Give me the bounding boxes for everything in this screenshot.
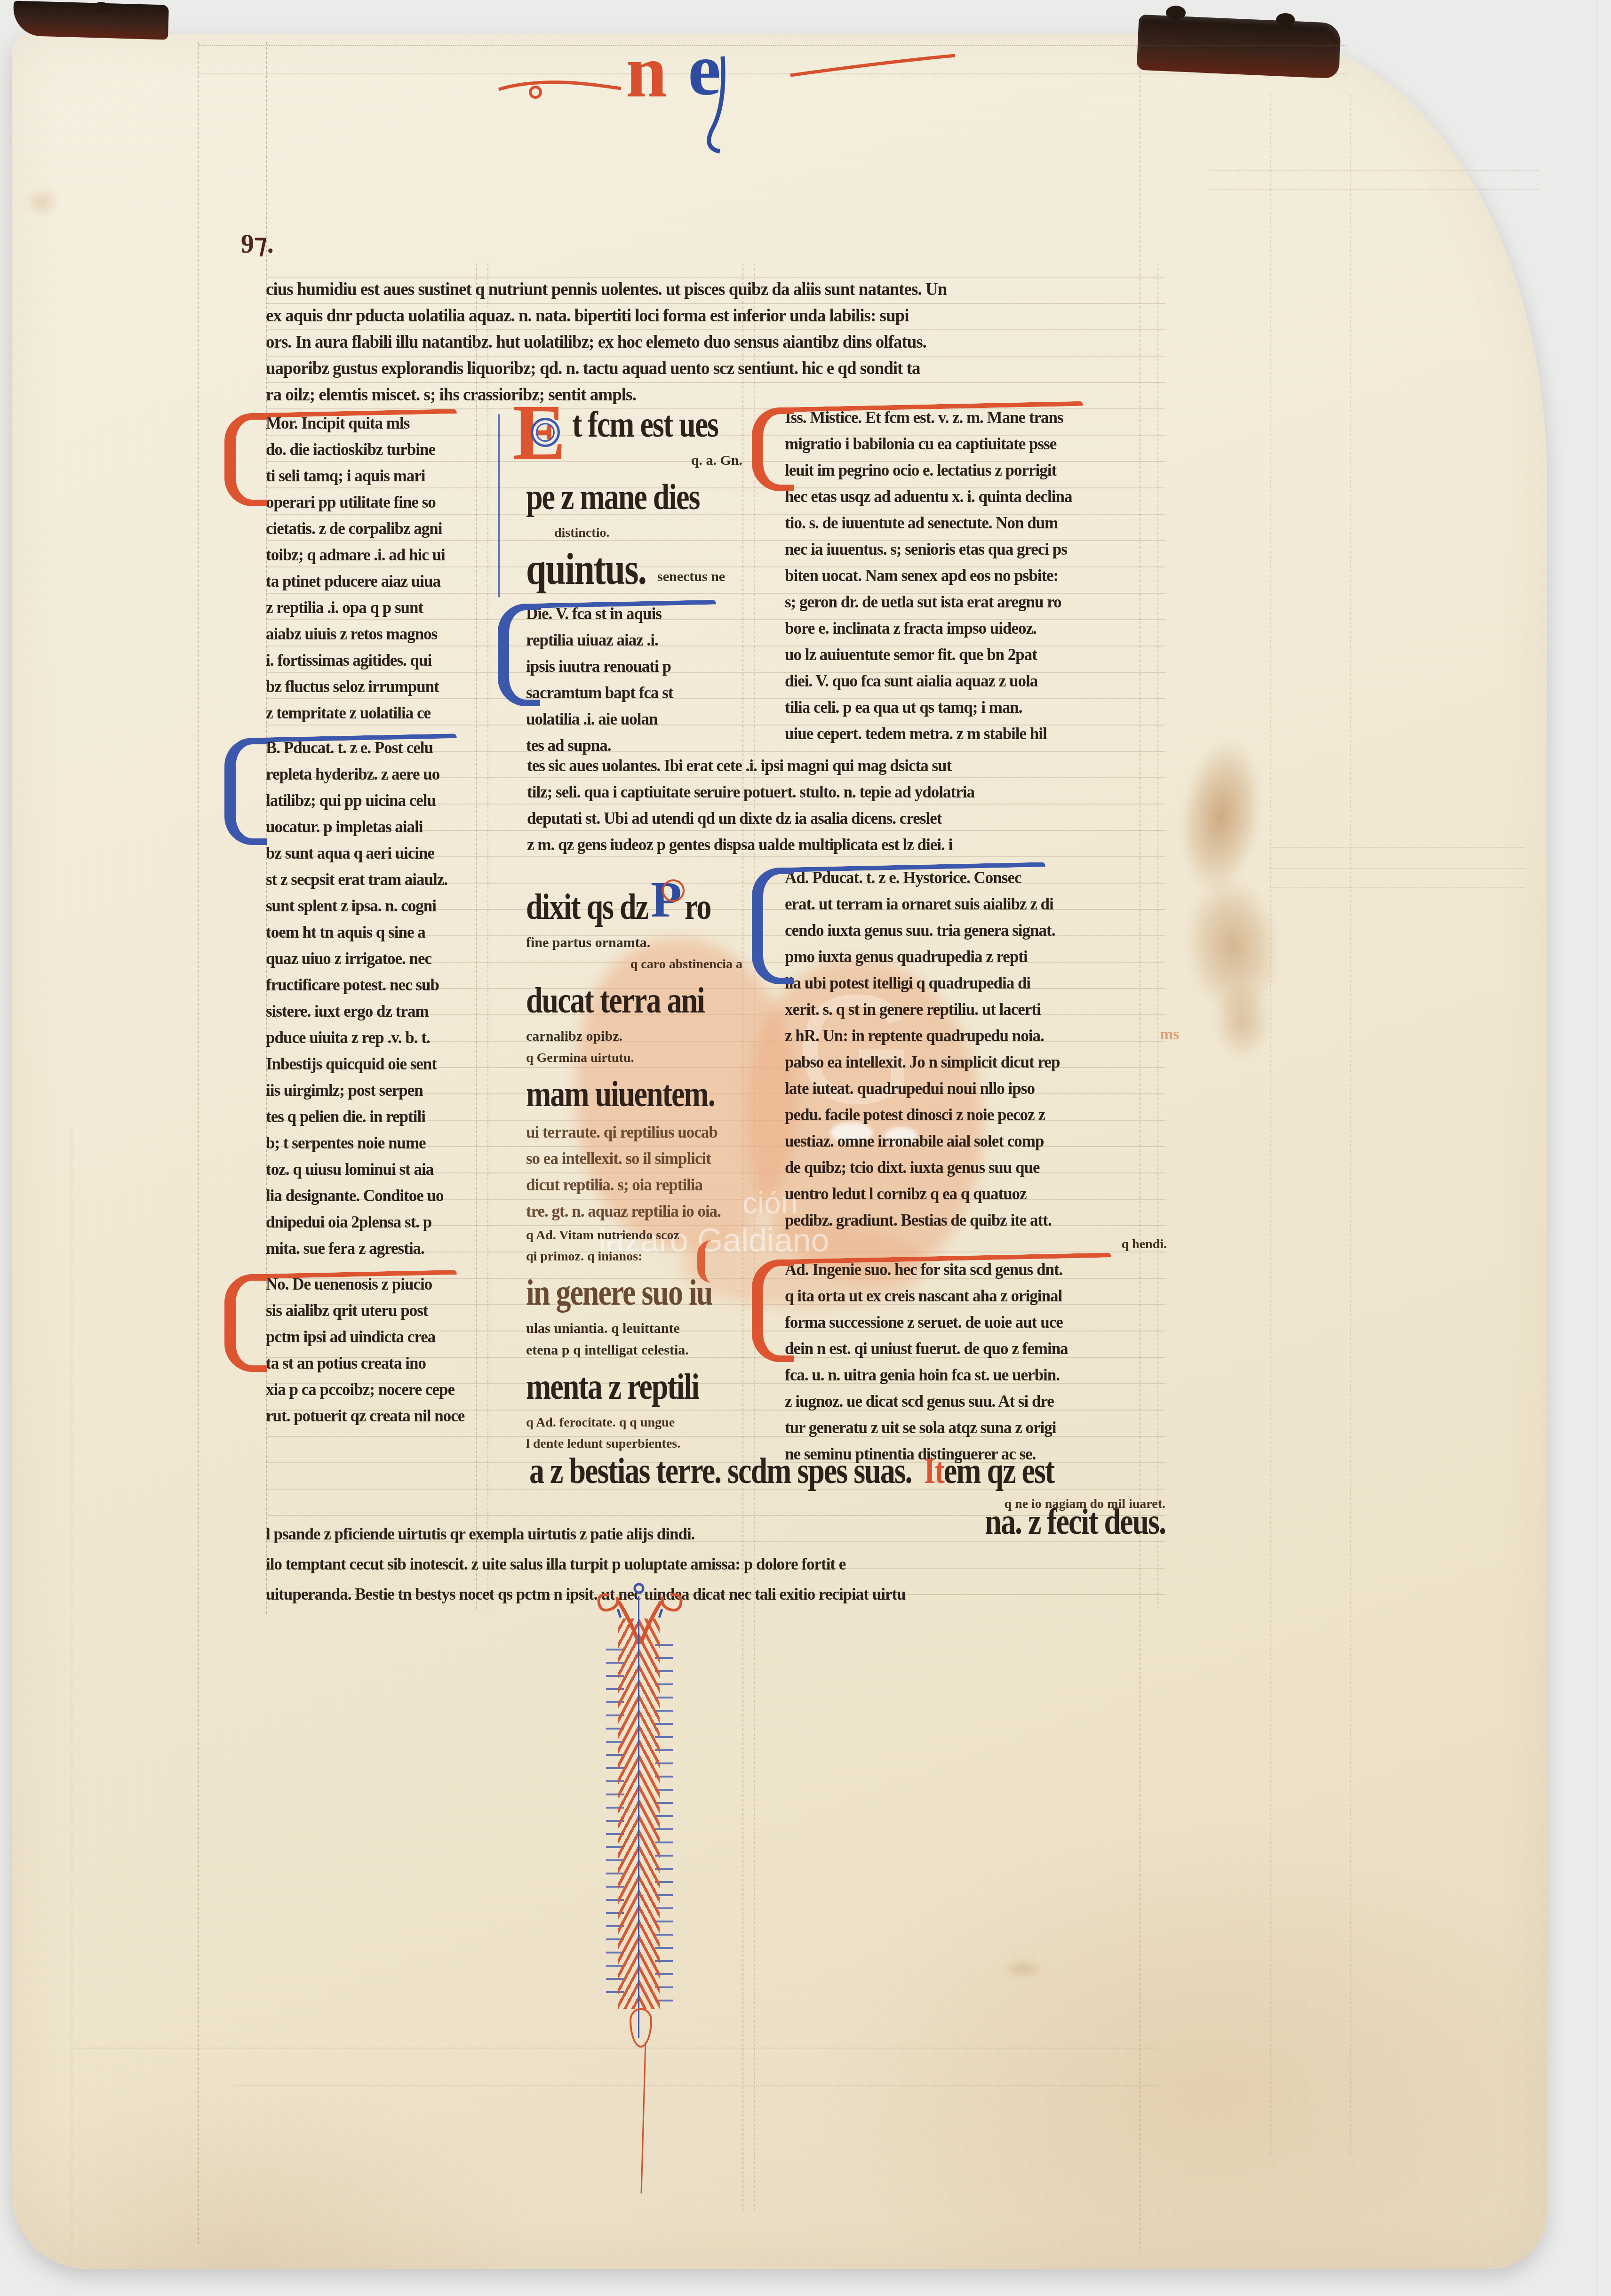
text-line: bz fluctus seloz irrumpunt bbox=[266, 674, 477, 700]
text-line: de quibz; tcio dixt. iuxta genus suu que bbox=[785, 1155, 1167, 1181]
stain bbox=[1002, 1960, 1045, 1978]
text-line: bz sunt aqua q aeri uicine bbox=[266, 840, 477, 867]
text-line: nec ia iuuentus. s; senioris etas qua gr… bbox=[785, 536, 1167, 563]
text-line: toem ht tn aquis q sine a bbox=[266, 919, 477, 946]
text-line: pabso ea intellexit. Jo n simplicit dicu… bbox=[785, 1049, 1167, 1076]
text-line: uentro ledut l cornibz q ea q quatuoz bbox=[785, 1181, 1167, 1207]
text-line: biten uocat. Nam senex apd eos no psbite… bbox=[785, 563, 1167, 589]
text-line: s; geron dr. de uetla sut ista erat areg… bbox=[785, 589, 1167, 615]
text-line: aiabz uiuis z retos magnos bbox=[266, 621, 477, 647]
text-line: tilia celi. p ea qua ut qs tamq; i man. bbox=[785, 694, 1167, 721]
text-line: sacramtum bapt fca st bbox=[526, 680, 742, 706]
text-line: i. fortissimas agitides. qui bbox=[266, 647, 477, 674]
initial-P-blue: P bbox=[648, 871, 685, 929]
text-line: rut. potuerit qz creata nil noce bbox=[266, 1403, 477, 1429]
paraph-bracket-blue bbox=[752, 868, 794, 984]
flourish-chevrons-right bbox=[639, 1618, 660, 2009]
column-rule bbox=[487, 263, 488, 1609]
text-paragraph: Ad. Ingenie suo. hec for sita scd genus … bbox=[785, 1257, 1167, 1467]
text-line: sistere. iuxt ergo dz tram bbox=[266, 998, 477, 1025]
flourish-spine bbox=[638, 1596, 639, 2038]
margin-note: ms bbox=[1160, 1026, 1180, 1044]
margin-rule-h bbox=[1270, 887, 1524, 888]
stain bbox=[1214, 983, 1270, 1059]
text-line: tio. s. de iuuentute ad senectute. Non d… bbox=[785, 510, 1167, 536]
display-line: dixit qs dz bbox=[526, 876, 648, 938]
text-line: dein n est. qi uniust fuerut. de quo z f… bbox=[785, 1336, 1167, 1362]
binding-nail bbox=[1166, 6, 1186, 20]
text-line: uestiaz. omne irronabile aial solet comp bbox=[785, 1128, 1167, 1155]
text-line: uo lz auiuentute semor fit. que bn 2pat bbox=[785, 642, 1167, 668]
binding-strip-right bbox=[1137, 15, 1341, 79]
text-line: reptilia uiuaz aiaz .i. bbox=[526, 627, 742, 654]
gloss-line: senectus ne bbox=[657, 566, 725, 588]
paraph-bracket-red bbox=[752, 1260, 794, 1362]
text-line: quaz uiuo z irrigatoe. nec bbox=[266, 946, 477, 972]
text-line: dnipedui oia 2plensa st. p bbox=[266, 1209, 477, 1236]
text-line: diei. V. quo fca sunt aialia aquaz z uol… bbox=[785, 668, 1167, 694]
backdrop-seam bbox=[1596, 0, 1597, 2296]
stain bbox=[26, 188, 59, 216]
text-line: uiue cepert. tedem metra. z m stabile hi… bbox=[785, 721, 1167, 747]
text-paragraph: Ad. Pducat. t. z e. Hystorice. Consecera… bbox=[785, 865, 1167, 1234]
display-row: quintus. senectus ne bbox=[526, 543, 742, 594]
text-line: migratio i babilonia cu ea captiuitate p… bbox=[785, 431, 1167, 457]
text-line: z reptilia .i. opa q p sunt bbox=[266, 595, 477, 621]
display-line: menta z reptili bbox=[526, 1355, 742, 1418]
text-paragraph: Mor. Incipit quita mlsdo. die iactioskib… bbox=[266, 410, 477, 726]
paraph-mark-red bbox=[697, 1240, 724, 1283]
text-line: b; t serpentes noie nume bbox=[266, 1130, 477, 1156]
display-row-dixit: dixit qs dz P ro bbox=[526, 871, 742, 932]
closing-display-row: a z bestias terre. scdm spes suas. It em… bbox=[266, 1445, 1165, 1496]
text-line: ex aquis dnr pducta uolatilia aquaz. n. … bbox=[266, 303, 1165, 329]
text-line: erat. ut terram ia ornaret suis aialibz … bbox=[785, 891, 1167, 917]
binding-strip-left bbox=[13, 0, 169, 40]
text-line: uaporibz gustus explorandis liquoribz; q… bbox=[266, 356, 1165, 382]
text-line: cendo iuxta genus suu. tria genera signa… bbox=[785, 917, 1167, 944]
display-line: ro bbox=[685, 876, 710, 938]
margin-rule bbox=[1350, 94, 1351, 2155]
text-line: forma successione z seruet. de uoie aut … bbox=[785, 1309, 1167, 1336]
margin-rule-h bbox=[1209, 170, 1539, 171]
text-line: uocatur. p impletas aiali bbox=[266, 814, 477, 840]
text-line: uolatilia .i. aie uolan bbox=[526, 706, 742, 733]
text-line: so ea intellexit. so il simplicit bbox=[526, 1146, 742, 1172]
text-line: cius humidiu est aues sustinet q nutriun… bbox=[266, 277, 1165, 303]
text-line: ors. In aura flabili illu natantibz. hut… bbox=[266, 329, 1165, 356]
initial-It-red: It bbox=[924, 1440, 944, 1502]
display-line: pe z mane dies bbox=[526, 466, 742, 528]
flourish-chevrons-left bbox=[618, 1618, 639, 2009]
text-line: fca. u. n. uitra genia hoin fca st. ue u… bbox=[785, 1362, 1167, 1388]
binding-nail bbox=[93, 2, 109, 13]
text-line: dicut reptilia. s; oia reptilia bbox=[526, 1172, 742, 1198]
text-line: pedu. facile potest dinosci z noie pecoz… bbox=[785, 1102, 1167, 1128]
intro-block: cius humidiu est aues sustinet q nutriun… bbox=[266, 277, 1165, 408]
margin-rule bbox=[1270, 94, 1271, 2155]
text-line: lia ubi potest itelligi q quadrupedia di bbox=[785, 970, 1167, 997]
binding-nail bbox=[1276, 13, 1295, 26]
margin-rule bbox=[72, 1129, 72, 2258]
text-line: iis uirgimlz; post serpen bbox=[266, 1077, 477, 1104]
text-line: toibz; q admare .i. ad hic ui bbox=[266, 542, 477, 568]
margin-rule bbox=[198, 42, 199, 2244]
text-line: repleta hyderibz. z aere uo bbox=[266, 761, 477, 788]
text-line: Inbestijs quicquid oie sent bbox=[266, 1051, 477, 1077]
margin-rule-h bbox=[1270, 847, 1524, 848]
text-line: pduce uiuita z rep .v. b. t. bbox=[266, 1025, 477, 1051]
text-line: st z secpsit erat tram aiaulz. bbox=[266, 867, 477, 893]
display-line: na. z fecit deus. bbox=[985, 1491, 1165, 1553]
paraph-bracket-blue bbox=[224, 738, 267, 845]
display-line: mam uiuentem. bbox=[526, 1063, 742, 1125]
text-paragraph: Die. V. fca st in aquisreptilia uiuaz ai… bbox=[526, 601, 742, 759]
text-line: uituperanda. Bestie tn bestys nocet qs p… bbox=[266, 1579, 1165, 1610]
text-line: sis aialibz qrit uteru post bbox=[266, 1298, 477, 1324]
text-line: latilibz; qui pp uicina celu bbox=[266, 788, 477, 814]
paraph-bracket-red bbox=[224, 413, 267, 506]
display-line: a z bestias terre. scdm spes suas. bbox=[529, 1440, 912, 1502]
text-line: sunt splent z ipsa. n. cogni bbox=[266, 893, 477, 919]
text-line: bore e. inclinata z fracta impso uideoz. bbox=[785, 615, 1167, 642]
paraph-bracket-blue bbox=[498, 604, 540, 706]
display-line: t fcm est ues bbox=[526, 393, 742, 455]
filigree-line bbox=[498, 414, 500, 598]
column-left: Mor. Incipit quita mlsdo. die iactioskib… bbox=[266, 410, 477, 1429]
text-line: ilo temptant cecut sib inotescit. z uite… bbox=[266, 1549, 1165, 1579]
quire-mark: 9⁊. bbox=[241, 229, 274, 259]
text-line: mita. sue fera z agrestia. bbox=[266, 1236, 477, 1262]
text-paragraph: No. De uenenosis z piuciosis aialibz qri… bbox=[266, 1271, 477, 1429]
text-line: pedibz. gradiunt. Bestias de quibz ite a… bbox=[785, 1207, 1167, 1234]
bottom-rule bbox=[235, 2085, 1157, 2086]
text-line: z iugnoz. ue dicat scd genus suu. At si … bbox=[785, 1388, 1167, 1415]
text-paragraph: Iss. Mistice. Et fcm est. v. z. m. Mane … bbox=[785, 405, 1167, 747]
margin-rule-h bbox=[1209, 189, 1539, 190]
margin-rule-h bbox=[1270, 868, 1524, 869]
display-line: quintus. bbox=[526, 538, 646, 600]
text-line: do. die iactioskibz turbine bbox=[266, 437, 477, 463]
text-line: late iuteat. quadrupedui noui nllo ipso bbox=[785, 1076, 1167, 1102]
text-line: hec etas usqz ad aduentu x. i. quinta de… bbox=[785, 484, 1167, 510]
text-line: ti seli tamq; i aquis mari bbox=[266, 463, 477, 489]
text-line: tur generatu z uit se sola atqz suna z o… bbox=[785, 1415, 1167, 1441]
bottom-rule bbox=[75, 2048, 1157, 2049]
paraph-bracket-red bbox=[752, 407, 794, 491]
text-line: pctm ipsi ad uindicta crea bbox=[266, 1324, 477, 1350]
text-line: ta st an potius creata ino bbox=[266, 1350, 477, 1377]
paraph-bracket-red bbox=[224, 1274, 267, 1372]
text-paragraph: B. Pducat. t. z e. Post celurepleta hyde… bbox=[266, 735, 477, 1262]
text-line: pmo iuxta genus quadrupedia z repti bbox=[785, 944, 1167, 970]
text-line: xia p ca pccoibz; nocere cepe bbox=[266, 1377, 477, 1403]
text-line: ipsis iuutra renouati p bbox=[526, 654, 742, 680]
caption-line: q hendi. bbox=[785, 1234, 1167, 1255]
text-line: xerit. s. q st in genere reptiliu. ut la… bbox=[785, 997, 1167, 1023]
column-right: Iss. Mistice. Et fcm est. v. z. m. Mane … bbox=[785, 405, 1167, 1467]
text-line: cietatis. z de corpalibz agni bbox=[266, 516, 477, 542]
running-header-flourish bbox=[489, 42, 960, 155]
text-line: tre. gt. n. aquaz reptilia io oia. bbox=[526, 1198, 742, 1225]
text-line: fructificare potest. nec sub bbox=[266, 972, 477, 998]
text-line: z hR. Un: in reptente quadrupedu noia. bbox=[785, 1023, 1167, 1049]
text-line: tes q pelien die. in reptili bbox=[266, 1104, 477, 1130]
lemma-opening: E t fcm est ues q. a. Gn. bbox=[526, 399, 742, 471]
text-line: q ita orta ut ex creis nascant aha z ori… bbox=[785, 1283, 1167, 1309]
column-center: E t fcm est ues q. a. Gn. pe z mane dies… bbox=[526, 399, 742, 1454]
text-line: z tempritate z uolatilia ce bbox=[266, 700, 477, 726]
text-line: lia designante. Conditoe uo bbox=[266, 1183, 477, 1209]
text-line: toz. q uiusu lominui st aia bbox=[266, 1156, 477, 1183]
text-line: ta ptinet pducere aiaz uiua bbox=[266, 568, 477, 595]
text-line: leuit im pegrino ocio e. lectatius z por… bbox=[785, 457, 1167, 484]
display-line: ducat terra ani bbox=[526, 969, 742, 1031]
text-line: operari pp utilitate fine so bbox=[266, 489, 477, 516]
closing-block: a z bestias terre. scdm spes suas. It em… bbox=[266, 1445, 1165, 1610]
